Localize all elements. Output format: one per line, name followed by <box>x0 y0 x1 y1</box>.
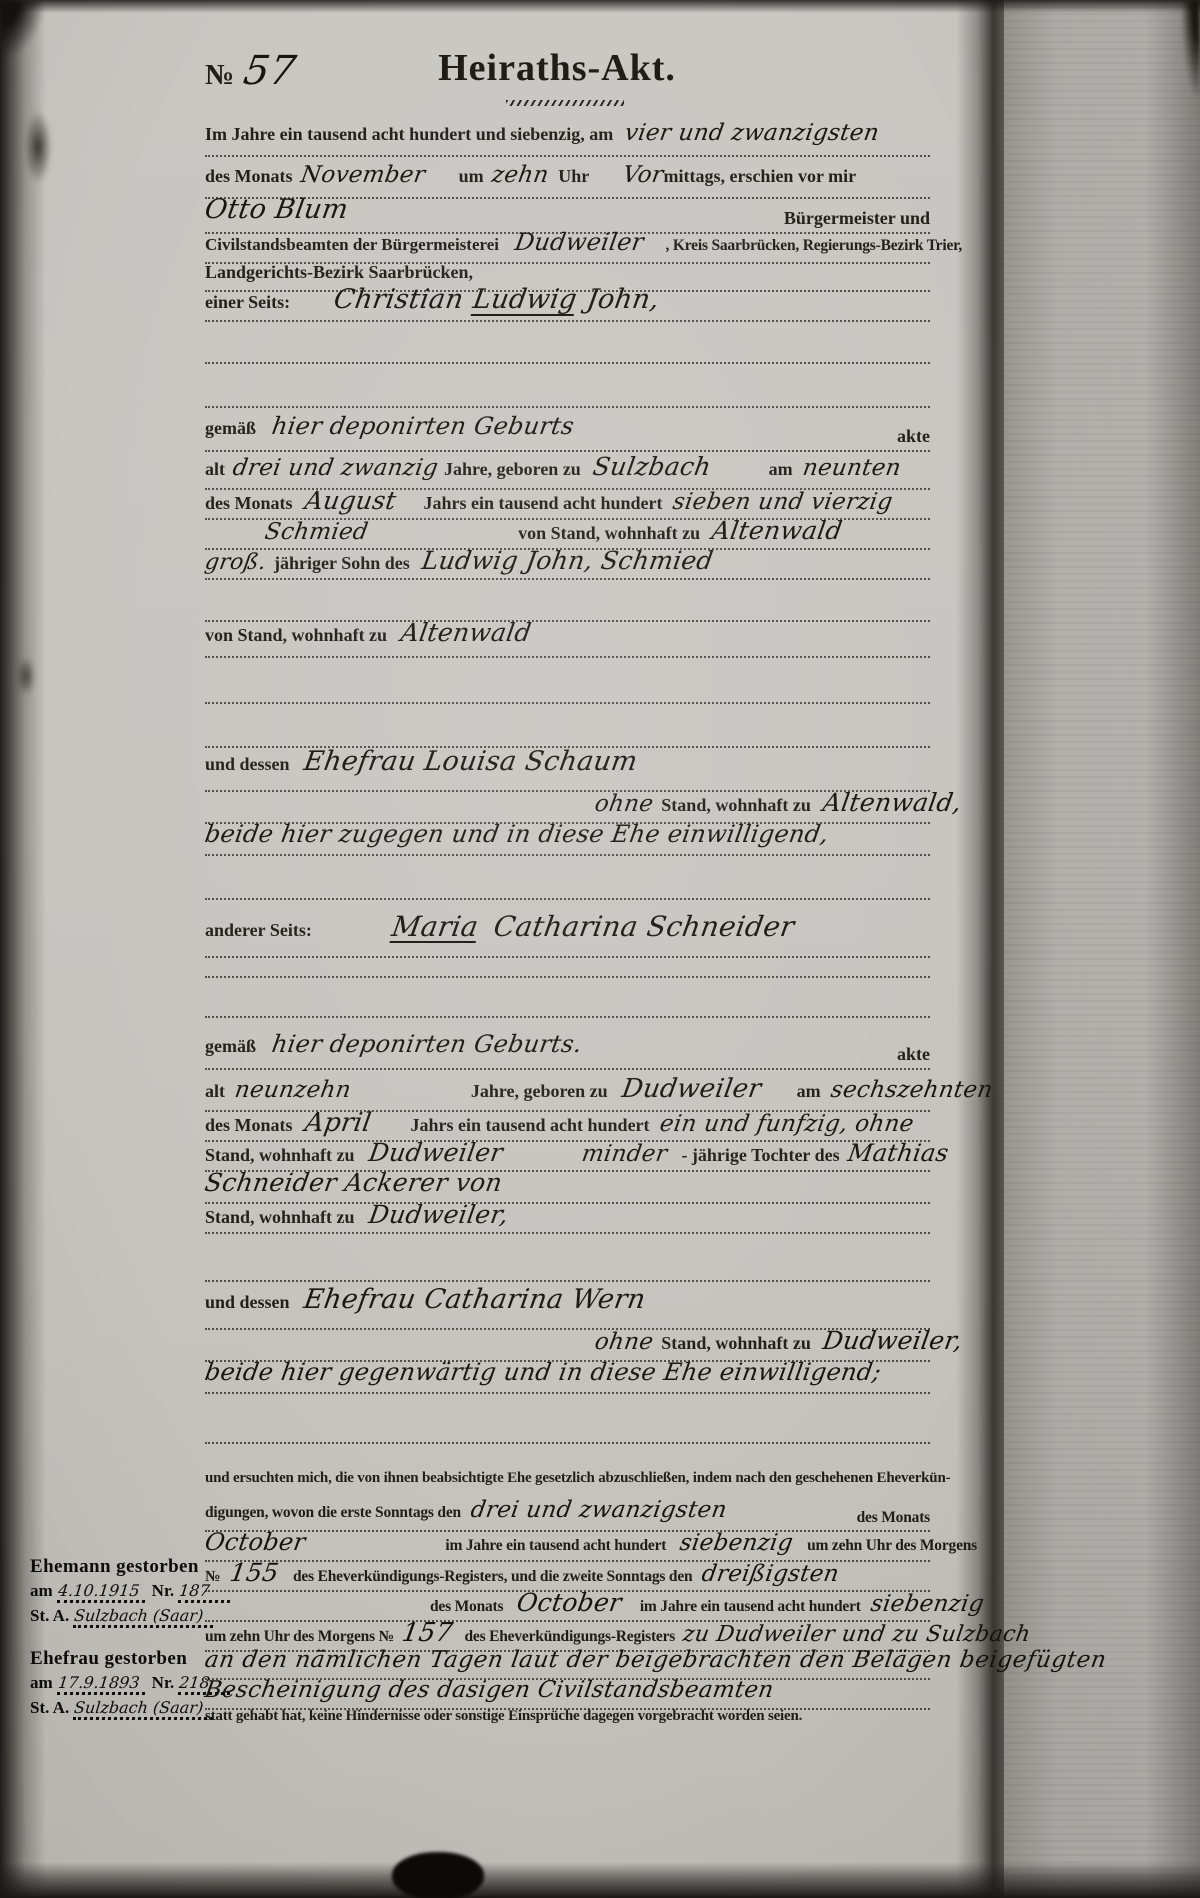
handwritten-text: beide hier gegenwärtig und in diese Ehe … <box>203 1360 883 1385</box>
handwritten-text: groß. <box>203 551 268 574</box>
printed-text: Stand, wohnhaft zu <box>661 1333 811 1354</box>
printed-text: Stand, wohnhaft zu <box>205 1207 355 1228</box>
handwritten-text: Dudweiler <box>619 1076 762 1103</box>
stamp-nr-label: Nr. <box>152 1581 175 1601</box>
stamp-office-value: Sulzbach (Saar) <box>73 1698 215 1720</box>
stamp-office-label: St. A. <box>30 1698 69 1718</box>
blank-rule-line <box>205 862 930 900</box>
blank-rule-line <box>205 586 930 622</box>
printed-text: Landgerichts-Bezirk Saarbrücken, <box>205 262 473 283</box>
printed-text: statt gehabt hat, keine Hindernisse oder… <box>205 1708 802 1725</box>
printed-text: des Monats <box>205 166 293 187</box>
title-flourish <box>506 100 624 106</box>
stamp-office-value: Sulzbach (Saar) <box>73 1606 215 1628</box>
handwritten-text: sieben und vierzig <box>671 490 894 514</box>
stamp-office-row: St. A. Sulzbach (Saar) <box>30 1698 231 1720</box>
handwritten-text: Schmied <box>263 520 370 544</box>
line-year-date: Im Jahre ein tausend acht hundert und si… <box>205 121 930 157</box>
handwritten-text: Sulzbach <box>591 454 713 480</box>
printed-text: um <box>459 166 484 187</box>
printed-text: Civilstandsbeamten der Bürgermeisterei <box>205 235 499 255</box>
handwritten-text: Altenwald <box>710 518 844 544</box>
handwritten-text: Catharina Schneider <box>491 912 796 941</box>
line-bride-father-occupation: Schneider Ackerer von <box>205 1170 930 1204</box>
blank-rule-line <box>205 664 930 704</box>
line-first-banns-month: October im Jahre ein tausend acht hunder… <box>205 1530 930 1562</box>
line-groom-mother: und dessen Ehefrau Louisa Schaum <box>205 748 930 792</box>
printed-text: akte <box>897 426 930 447</box>
record-number: № 57 <box>205 50 296 92</box>
line-groom-father: groß. jähriger Sohn des Ludwig John, Sch… <box>205 548 930 580</box>
handwritten-text: ein und funfzig, ohne <box>658 1112 915 1136</box>
printed-text: am <box>797 1081 821 1102</box>
printed-text: des Monats <box>205 1115 293 1136</box>
handwritten-text: October <box>203 1530 307 1555</box>
handwritten-text: Ehefrau Catharina Wern <box>301 1286 647 1314</box>
handwritten-text: Dudweiler <box>366 1140 504 1166</box>
printed-text: des Eheverkündigungs-Registers, und die … <box>293 1568 692 1586</box>
handwritten-text: Maria <box>389 912 480 943</box>
record-number-label: № <box>205 59 234 92</box>
printed-text: des Monats <box>857 1509 930 1527</box>
printed-text: und ersuchten mich, die von ihnen beabsi… <box>205 1470 950 1487</box>
handwritten-text: October <box>515 1590 624 1616</box>
top-edge-shadow <box>0 0 1200 13</box>
printed-text: im Jahre ein tausend acht hundert <box>445 1537 666 1555</box>
printed-text: des Monats <box>205 493 293 514</box>
handwritten-text: Dudweiler, <box>366 1202 509 1228</box>
printed-text: Uhr <box>558 166 589 187</box>
printed-text: alt <box>205 459 225 480</box>
handwritten-text: John, <box>584 286 660 314</box>
line-groom-age-birthplace: alt drei und zwanzig Jahre, geboren zu S… <box>205 454 930 490</box>
handwritten-text: Bescheinigung des dasigen Civilstandsbea… <box>203 1678 775 1702</box>
stamp-office-label: St. A. <box>30 1606 69 1626</box>
line-certificate-note: Bescheinigung des dasigen Civilstandsbea… <box>205 1678 930 1710</box>
handwritten-text: ohne <box>593 792 655 816</box>
printed-text: alt <box>205 1081 225 1102</box>
line-bride-parents-consent: beide hier gegenwärtig und in diese Ehe … <box>205 1360 930 1394</box>
printed-text: Stand, wohnhaft zu <box>661 795 811 816</box>
record-number-value: 57 <box>241 50 299 92</box>
handwritten-text: Ehefrau Louisa Schaum <box>301 748 639 776</box>
line-groom-name: einer Seits: Christian Ludwig John, <box>205 286 930 322</box>
printed-text: und dessen <box>205 754 290 775</box>
line-birth-cert-groom: gemäß hier deponirten Geburts akte <box>205 414 930 452</box>
printed-text: im Jahre ein tausend acht hundert <box>640 1598 861 1616</box>
printed-text: Bürgermeister und <box>784 208 930 229</box>
printed-text: gemäß <box>205 1036 256 1057</box>
printed-text: Jahrs ein tausend acht hundert <box>423 493 662 514</box>
stamp-title: Ehefrau gestorben <box>30 1648 231 1670</box>
stamp-nr-label: Nr. <box>152 1673 175 1693</box>
stamp-am-label: am <box>30 1581 53 1601</box>
printed-text: des Eheverkündigungs-Registers <box>465 1628 676 1646</box>
handwritten-text: August <box>302 488 397 514</box>
printed-text: von Stand, wohnhaft zu <box>518 523 700 544</box>
stamp-nr-value: 187 <box>178 1581 232 1603</box>
handwritten-text: ohne <box>593 1330 655 1354</box>
handwritten-text: April <box>302 1110 372 1137</box>
printed-text: Jahre, geboren zu <box>471 1081 608 1102</box>
blank-rule-line <box>205 372 930 408</box>
line-birth-cert-bride: gemäß hier deponirten Geburts. akte <box>205 1032 930 1070</box>
printed-text: jähriger Sohn des <box>274 553 410 574</box>
handwritten-text: Dudweiler, <box>821 1328 964 1354</box>
stamp-am-label: am <box>30 1673 53 1693</box>
line-bride-mother: und dessen Ehefrau Catharina Wern <box>205 1286 930 1330</box>
blank-rule-line <box>205 1246 930 1282</box>
stamp-nr-value: 218 <box>178 1673 232 1695</box>
handwritten-text: drei und zwanzigsten <box>469 1498 728 1522</box>
margin-smudge <box>24 110 52 184</box>
blank-rule-line <box>205 1408 930 1444</box>
printed-text: Im Jahre ein tausend acht hundert und si… <box>205 124 613 145</box>
handwritten-text: Altenwald, <box>821 790 963 816</box>
document-title: Heiraths-Akt. <box>357 46 757 90</box>
stamp-date-value: 4.10.1915 <box>57 1581 147 1603</box>
handwritten-text: Schneider Ackerer von <box>203 1170 504 1196</box>
handwritten-text: zu Dudweiler und zu Sulzbach <box>681 1623 1032 1646</box>
handwritten-text: beide hier zugegen und in diese Ehe einw… <box>203 822 830 847</box>
line-marriage-request: und ersuchten mich, die von ihnen beabsi… <box>205 1470 940 1496</box>
stamp-wife-death: Ehefrau gestorben am 17.9.1893 Nr. 218 S… <box>30 1648 231 1720</box>
handwritten-text: drei und zwanzig <box>231 456 440 480</box>
ink-blot <box>392 1852 484 1898</box>
adjacent-page-texture <box>1004 0 1200 1898</box>
handwritten-text: neunzehn <box>233 1078 353 1102</box>
handwritten-text: siebenzig <box>678 1531 795 1555</box>
stamp-title: Ehemann gestorben <box>30 1556 231 1578</box>
blank-rule-line <box>205 982 930 1018</box>
handwritten-text: hier deponirten Geburts. <box>270 1032 584 1057</box>
printed-text: Jahre, geboren zu <box>444 459 581 480</box>
line-bride-father-residence: Stand, wohnhaft zu Dudweiler, <box>205 1202 930 1234</box>
line-bride-birth-month-year: des Monats April Jahrs ein tausend acht … <box>205 1110 930 1142</box>
handwritten-text: 157 <box>400 1620 455 1647</box>
printed-text: von Stand, wohnhaft zu <box>205 625 387 646</box>
line-parents-consent: beide hier zugegen und in diese Ehe einw… <box>205 822 930 856</box>
document-scan: № 57 Heiraths-Akt. Im Jahre ein tausend … <box>0 0 1200 1898</box>
bottom-edge-shadow <box>0 1862 1200 1898</box>
printed-text: des Monats <box>430 1598 503 1616</box>
handwritten-text: Ludwig John, Schmied <box>420 548 715 574</box>
corner-smudge <box>0 0 44 58</box>
handwritten-text: Vor <box>621 163 665 187</box>
handwritten-text: hier deponirten Geburts <box>270 414 576 439</box>
line-bride-mother-status-residence: ohne Stand, wohnhaft zu Dudweiler, <box>205 1328 930 1362</box>
handwritten-text: Altenwald <box>399 620 533 646</box>
margin-smudge <box>16 656 36 696</box>
printed-text: anderer Seits: <box>205 920 312 941</box>
stamp-date-row: am 17.9.1893 Nr. 218 <box>30 1673 231 1695</box>
line-father-residence: von Stand, wohnhaft zu Altenwald <box>205 620 930 658</box>
handwritten-text: vier und zwanzigsten <box>623 121 881 145</box>
line-first-banns-date: digungen, wovon die erste Sonntags den d… <box>205 1498 930 1532</box>
handwritten-text: 155 <box>228 1560 281 1586</box>
handwritten-text: Dudweiler <box>513 230 646 255</box>
stamp-date-row: am 4.10.1915 Nr. 187 <box>30 1581 231 1603</box>
corner-smudge <box>1182 0 1200 96</box>
stamp-office-row: St. A. Sulzbach (Saar) <box>30 1606 231 1628</box>
handwritten-text: an den nämlichen Tagen laut der beigebra… <box>203 1648 1108 1672</box>
line-banns-places: an den nämlichen Tagen laut der beigebra… <box>205 1648 930 1680</box>
stamp-husband-death: Ehemann gestorben am 4.10.1915 Nr. 187 S… <box>30 1556 231 1628</box>
printed-text: akte <box>897 1044 930 1065</box>
printed-text: einer Seits: <box>205 292 290 313</box>
printed-text: mittags, erschien vor mir <box>663 166 856 187</box>
stamp-date-value: 17.9.1893 <box>57 1673 147 1695</box>
printed-text: Jahrs ein tausend acht hundert <box>411 1115 650 1136</box>
printed-text: digungen, wovon die erste Sonntags den <box>205 1504 461 1522</box>
handwritten-text: minder <box>580 1142 669 1166</box>
printed-text: gemäß <box>205 418 256 439</box>
printed-text: um zehn Uhr des Morgens <box>807 1537 977 1555</box>
printed-text: - jährige Tochter des <box>681 1145 839 1166</box>
printed-text: um zehn Uhr des Morgens № <box>205 1628 394 1646</box>
printed-text: am <box>769 459 793 480</box>
handwritten-text: Mathias <box>846 1141 950 1166</box>
handwritten-text: Christian <box>332 286 466 314</box>
printed-text: Stand, wohnhaft zu <box>205 1145 355 1166</box>
blank-rule-line <box>205 708 930 748</box>
handwritten-text: dreißigsten <box>701 1562 842 1586</box>
handwritten-text: Ludwig <box>471 286 579 316</box>
printed-text: und dessen <box>205 1292 290 1313</box>
handwritten-text: siebenzig <box>869 1592 986 1616</box>
line-bride-age-birthplace: alt neunzehn Jahre, geboren zu Dudweiler… <box>205 1076 930 1112</box>
blank-rule-line <box>205 328 930 364</box>
handwritten-text: Otto Blum <box>203 196 350 224</box>
line-mother-status-residence: ohne Stand, wohnhaft zu Altenwald, <box>205 790 930 824</box>
line-closing: statt gehabt hat, keine Hindernisse oder… <box>205 1708 940 1734</box>
blank-rule-line <box>205 942 930 978</box>
line-second-banns-month: des Monats October im Jahre ein tausend … <box>205 1590 930 1622</box>
handwritten-text: zehn <box>490 163 550 187</box>
handwritten-text: sechszehnten <box>829 1078 994 1102</box>
handwritten-text: neunten <box>801 456 903 480</box>
line-municipality: Civilstandsbeamten der Bürgermeisterei D… <box>205 230 930 264</box>
printed-text: , Kreis Saarbrücken, Regierungs-Bezirk T… <box>666 237 963 255</box>
handwritten-text: November <box>299 163 427 187</box>
